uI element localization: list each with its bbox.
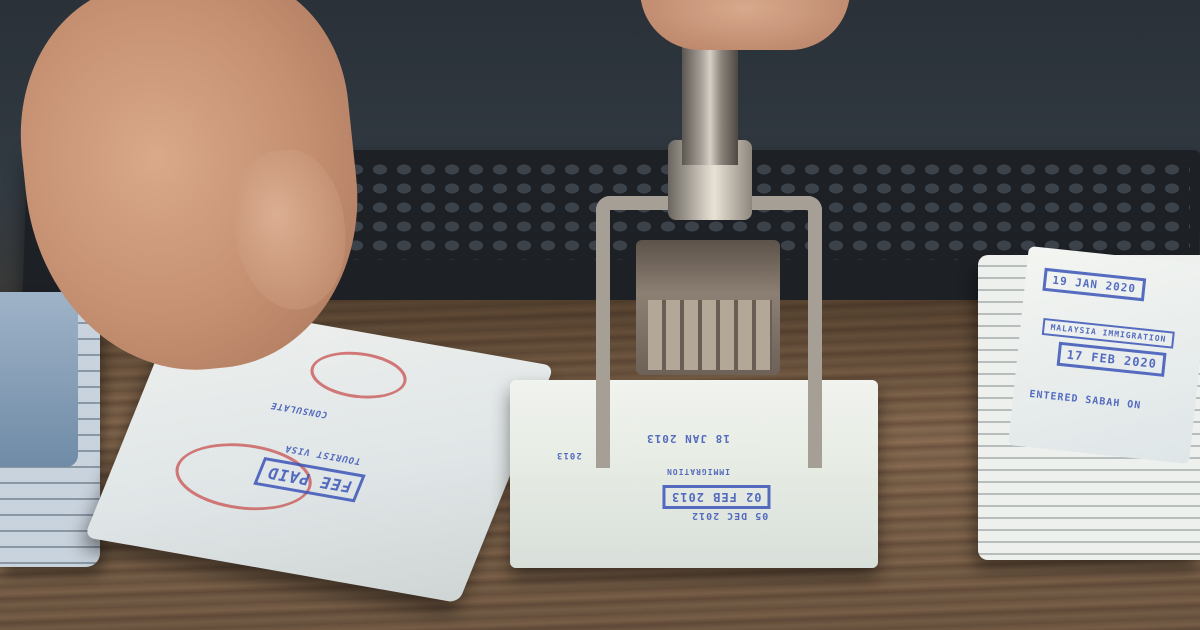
passport-stack-right: 19 JAN 2020 MALAYSIA IMMIGRATION 17 FEB …	[978, 255, 1200, 560]
stamp-year: 2013	[550, 448, 588, 462]
stamp-consulate: CONSULATE	[262, 397, 336, 422]
stamp-date: 05 DEC 2012	[685, 508, 774, 523]
stamp-date: 19 JAN 2020	[1042, 268, 1146, 302]
red-stamp	[302, 345, 414, 405]
date-stamper-bands	[648, 300, 772, 370]
passport-page: 19 JAN 2020 MALAYSIA IMMIGRATION 17 FEB …	[1008, 246, 1200, 464]
hand-gripping-stamper	[640, 0, 850, 50]
stamp-date: 02 FEB 2013	[662, 485, 770, 509]
stamp-date: 17 FEB 2020	[1057, 342, 1167, 377]
passport-cover	[0, 292, 78, 467]
passport-stack-left	[0, 292, 100, 567]
stamp-text: ENTERED SABAH ON	[1023, 386, 1148, 414]
photo-scene: 19 JAN 2020 MALAYSIA IMMIGRATION 17 FEB …	[0, 0, 1200, 630]
